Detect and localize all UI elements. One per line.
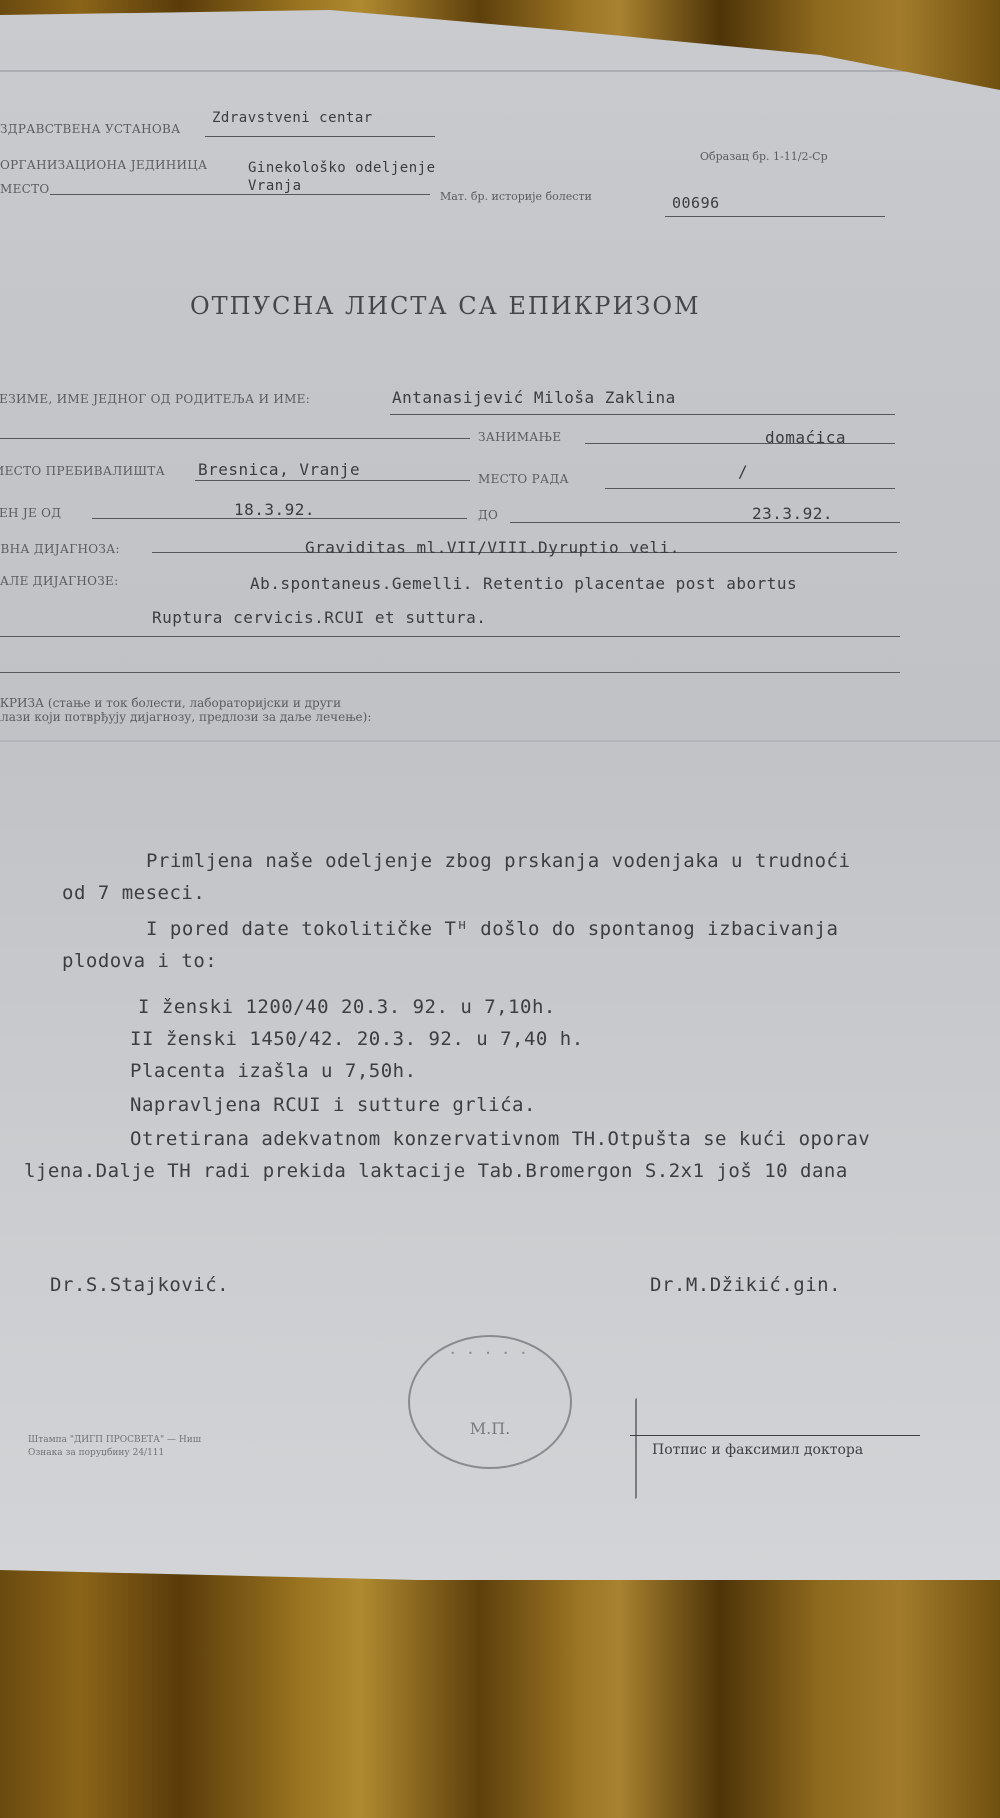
epicrisis-line: Placenta izašla u 7,50h. (130, 1060, 417, 1082)
other-diagnoses-value: Ab.spontaneus.Gemelli. Retentio placenta… (250, 574, 797, 593)
epicrisis-line: Primljena naše odeljenje zbog prskanja v… (146, 850, 850, 872)
signature-right: Dr.M.Džikić.gin. (650, 1274, 841, 1296)
place-label: МЕСТО (0, 182, 50, 196)
printer-info: Ознака за поруџбину 24/111 (28, 1448, 164, 1458)
paper-fold (0, 740, 1000, 742)
history-number: 00696 (672, 194, 720, 212)
residence-label: МЕСТО ПРЕБИВАЛИШТА (0, 464, 165, 478)
history-label: Мат. бр. историје болести (440, 190, 592, 203)
occupation-label: ЗАНИМАЊЕ (478, 430, 561, 444)
name-label: ПРЕЗИМЕ, ИМЕ ЈЕДНОГ ОД РОДИТЕЉА И ИМЕ: (0, 392, 310, 406)
official-stamp: • • • • • М.П. (408, 1335, 572, 1469)
main-diagnosis-value: Graviditas ml.VII/VIII.Dyruptio veli. (305, 538, 680, 557)
doctor-signature-label: Потпис и факсимил доктора (652, 1442, 863, 1458)
workplace-label: МЕСТО РАДА (478, 472, 569, 486)
epicrisis-line: od 7 meseci. (62, 882, 205, 904)
printer-info: Штампа "ДИГП ПРОСВЕТА" — Ниш (28, 1435, 201, 1445)
epicrisis-label: ЕПИКРИЗА (стање и ток болести, лаборатор… (0, 696, 341, 710)
doctor-facsimile-stamp (635, 1281, 857, 1499)
other-diagnoses-label: ОСТАЛЕ ДИЈАГНОЗЕ: (0, 574, 118, 588)
epicrisis-line: II ženski 1450/42. 20.3. 92. u 7,40 h. (130, 1028, 584, 1050)
epicrisis-line: ljena.Dalje TH radi prekida laktacije Ta… (24, 1160, 848, 1182)
discharge-document-paper: ЗДРАВСТВЕНА УСТАНОВА Zdravstveni centar … (0, 10, 1000, 1580)
treated-to-label: ДО (478, 508, 498, 522)
treated-from-value: 18.3.92. (234, 500, 315, 519)
other-diagnoses-value: Ruptura cervicis.RCUI et suttura. (152, 608, 486, 627)
main-diagnosis-label: ОСНОВНА ДИЈАГНОЗА: (0, 542, 120, 556)
stamp-arc-text: • • • • • (410, 1349, 570, 1358)
form-number: Образац бр. 1-11/2-Ср (700, 150, 828, 163)
epicrisis-line: Napravljena RCUI i sutture grlića. (130, 1094, 536, 1116)
signature-left: Dr.S.Stajković. (50, 1274, 229, 1296)
epicrisis-line: Otretirana adekvatnom konzervativnom TH.… (130, 1128, 870, 1150)
institution-value: Zdravstveni centar (212, 110, 373, 126)
unit-value: Ginekološko odeljenje (248, 160, 436, 176)
epicrisis-line: I ženski 1200/40 20.3. 92. u 7,10h. (138, 996, 556, 1018)
place-value: Vranja (248, 178, 302, 194)
occupation-value: domaćica (765, 428, 846, 447)
epicrisis-line: I pored date tokolitičke Tᴴ došlo do spo… (146, 918, 838, 940)
treated-to-value: 23.3.92. (752, 504, 833, 523)
name-value: Antanasijević Miloša Zaklina (392, 388, 676, 407)
workplace-value: / (738, 462, 748, 481)
document-title: ОТПУСНА ЛИСТА СА ЕПИКРИЗОМ (190, 292, 701, 320)
epicrisis-label: налази који потврђују дијагнозу, предлоз… (0, 710, 371, 724)
epicrisis-line: plodova i to: (62, 950, 217, 972)
institution-label: ЗДРАВСТВЕНА УСТАНОВА (0, 122, 181, 136)
treated-from-label: ЛЕЧЕН ЈЕ ОД (0, 506, 61, 520)
stamp-label: М.П. (410, 1419, 570, 1438)
paper-fold (0, 70, 1000, 72)
residence-value: Bresnica, Vranje (198, 460, 360, 479)
unit-label: ОРГАНИЗАЦИОНА ЈЕДИНИЦА (0, 158, 207, 172)
